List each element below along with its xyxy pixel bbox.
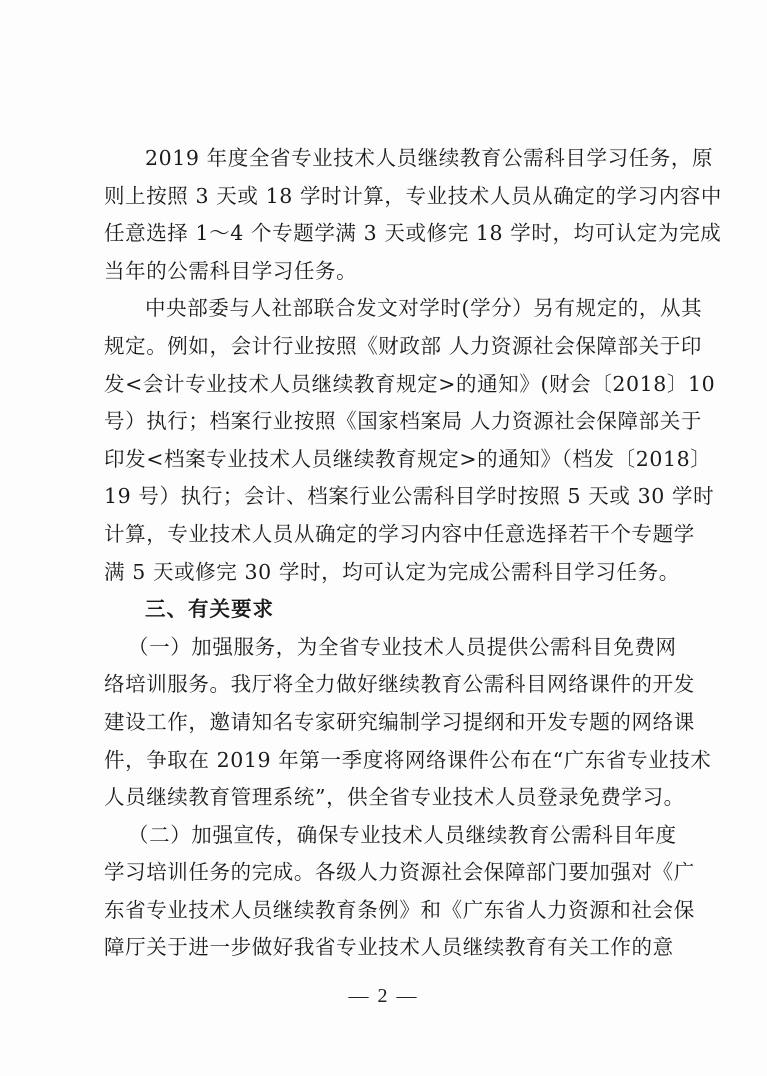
text-line: 印发<档案专业技术人员继续教育规定>的通知》（档发〔2018〕	[104, 441, 670, 479]
paragraph-strengthen-publicity: （二）加强宣传，确保专业技术人员继续教育公需科目年度 学习培训任务的完成。各级人…	[104, 817, 670, 967]
text-line: 满 5 天或修完 30 学时，均可认定为完成公需科目学习任务。	[104, 554, 670, 592]
page-number: — 2 —	[0, 985, 767, 1008]
text-line: 任意选择 1～4 个专题学满 3 天或修完 18 学时，均可认定为完成	[104, 215, 670, 253]
paragraph-study-task: 2019 年度全省专业技术人员继续教育公需科目学习任务，原 则上按照 3 天或 …	[104, 140, 670, 290]
paragraph-strengthen-service: （一）加强服务，为全省专业技术人员提供公需科目免费网 络培训服务。我厅将全力做好…	[104, 629, 670, 817]
text-line: 规定。例如，会计行业按照《财政部 人力资源社会保障部关于印	[104, 328, 670, 366]
text-line: 当年的公需科目学习任务。	[104, 253, 670, 291]
text-line: 号）执行；档案行业按照《国家档案局 人力资源社会保障部关于	[104, 403, 670, 441]
section-heading: 三、有关要求	[104, 591, 670, 629]
text-line: 障厅关于进一步做好我省专业技术人员继续教育有关工作的意	[104, 929, 670, 967]
text-line: 学习培训任务的完成。各级人力资源社会保障部门要加强对《广	[104, 854, 670, 892]
text-line: 建设工作，邀请知名专家研究编制学习提纲和开发专题的网络课	[104, 704, 670, 742]
document-page: 2019 年度全省专业技术人员继续教育公需科目学习任务，原 则上按照 3 天或 …	[0, 0, 767, 1076]
text-line: 发<会计专业技术人员继续教育规定>的通知》(财会〔2018〕10	[104, 366, 670, 404]
document-body: 2019 年度全省专业技术人员继续教育公需科目学习任务，原 则上按照 3 天或 …	[104, 140, 670, 967]
text-line: 中央部委与人社部联合发文对学时(学分）另有规定的，从其	[104, 290, 670, 328]
text-line: 则上按照 3 天或 18 学时计算，专业技术人员从确定的学习内容中	[104, 178, 670, 216]
text-line: 19 号）执行；会计、档案行业公需科目学时按照 5 天或 30 学时	[104, 478, 670, 516]
text-line: （一）加强服务，为全省专业技术人员提供公需科目免费网	[104, 629, 670, 667]
text-line: 络培训服务。我厅将全力做好继续教育公需科目网络课件的开发	[104, 666, 670, 704]
text-line: 人员继续教育管理系统”，供全省专业技术人员登录免费学习。	[104, 779, 670, 817]
text-line: 东省专业技术人员继续教育条例》和《广东省人力资源和社会保	[104, 892, 670, 930]
text-line: （二）加强宣传，确保专业技术人员继续教育公需科目年度	[104, 817, 670, 855]
text-line: 计算，专业技术人员从确定的学习内容中任意选择若干个专题学	[104, 516, 670, 554]
paragraph-special-rules: 中央部委与人社部联合发文对学时(学分）另有规定的，从其 规定。例如，会计行业按照…	[104, 290, 670, 591]
text-line: 2019 年度全省专业技术人员继续教育公需科目学习任务，原	[104, 140, 670, 178]
text-line: 件，争取在 2019 年第一季度将网络课件公布在“广东省专业技术	[104, 742, 670, 780]
